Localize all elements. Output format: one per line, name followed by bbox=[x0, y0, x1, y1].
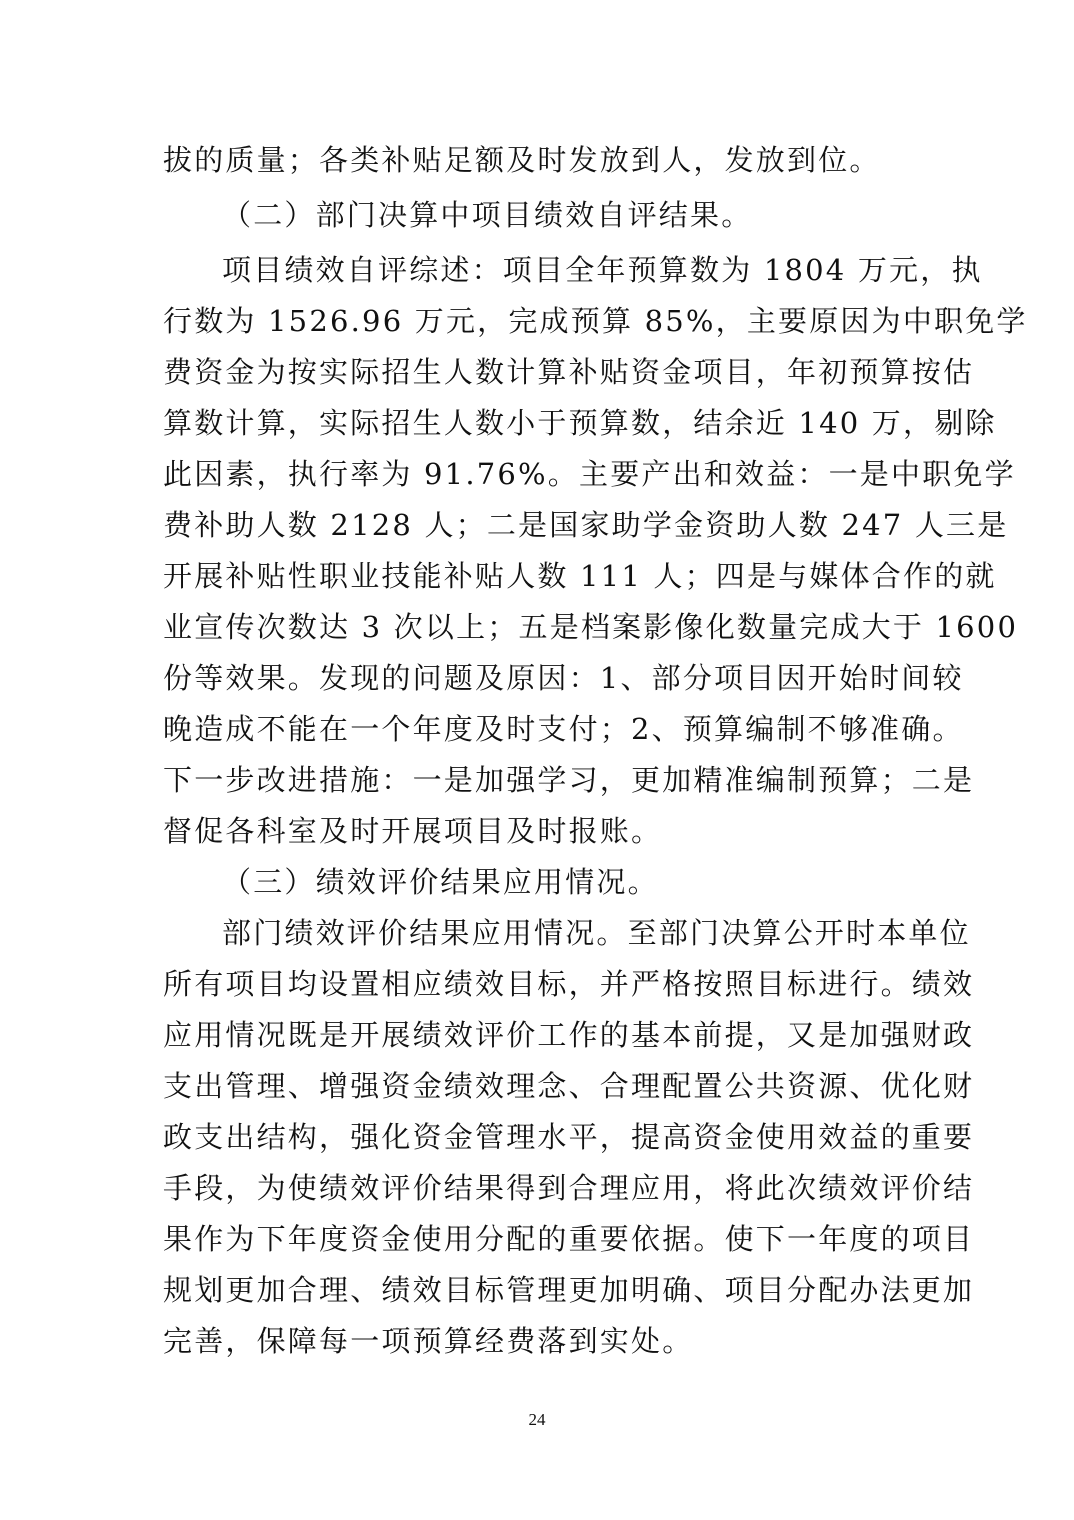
paragraph-line: 费资金为按实际招生人数计算补贴资金项目，年初预算按估 bbox=[163, 352, 913, 392]
paragraph-line: 算数计算，实际招生人数小于预算数，结余近 140 万，剔除 bbox=[163, 403, 913, 443]
paragraph-line: 规划更加合理、绩效目标管理更加明确、项目分配办法更加 bbox=[163, 1270, 913, 1310]
paragraph-line: 政支出结构，强化资金管理水平，提高资金使用效益的重要 bbox=[163, 1117, 913, 1157]
paragraph-line: 此因素，执行率为 91.76%。主要产出和效益：一是中职免学 bbox=[163, 454, 913, 494]
paragraph-line: 所有项目均设置相应绩效目标，并严格按照目标进行。绩效 bbox=[163, 964, 913, 1004]
paragraph-line: 费补助人数 2128 人；二是国家助学金资助人数 247 人三是 bbox=[163, 505, 913, 545]
section-heading-3: （三）绩效评价结果应用情况。 bbox=[222, 862, 659, 902]
paragraph-line: 部门绩效评价结果应用情况。至部门决算公开时本单位 bbox=[222, 913, 913, 953]
paragraph-line: 份等效果。发现的问题及原因：1、部分项目因开始时间较 bbox=[163, 658, 913, 698]
paragraph-line: 行数为 1526.96 万元，完成预算 85%，主要原因为中职免学 bbox=[163, 301, 913, 341]
paragraph-line: 应用情况既是开展绩效评价工作的基本前提，又是加强财政 bbox=[163, 1015, 913, 1055]
paragraph-line: 督促各科室及时开展项目及时报账。 bbox=[163, 811, 913, 851]
paragraph-line: 下一步改进措施：一是加强学习，更加精准编制预算；二是 bbox=[163, 760, 913, 800]
paragraph-line: 业宣传次数达 3 次以上；五是档案影像化数量完成大于 1600 bbox=[163, 607, 913, 647]
paragraph-line: 项目绩效自评综述：项目全年预算数为 1804 万元，执 bbox=[222, 250, 913, 290]
paragraph-line: 拔的质量；各类补贴足额及时发放到人，发放到位。 bbox=[163, 140, 913, 180]
paragraph-line: 开展补贴性职业技能补贴人数 111 人；四是与媒体合作的就 bbox=[163, 556, 913, 596]
paragraph-line: 手段，为使绩效评价结果得到合理应用，将此次绩效评价结 bbox=[163, 1168, 913, 1208]
paragraph-line: 晚造成不能在一个年度及时支付；2、预算编制不够准确。 bbox=[163, 709, 913, 749]
page-number: 24 bbox=[0, 1410, 1074, 1430]
paragraph-line: 支出管理、增强资金绩效理念、合理配置公共资源、优化财 bbox=[163, 1066, 913, 1106]
section-heading-2: （二）部门决算中项目绩效自评结果。 bbox=[222, 195, 752, 235]
paragraph-line: 完善，保障每一项预算经费落到实处。 bbox=[163, 1321, 913, 1361]
paragraph-line: 果作为下年度资金使用分配的重要依据。使下一年度的项目 bbox=[163, 1219, 913, 1259]
document-page: 拔的质量；各类补贴足额及时发放到人，发放到位。 （二）部门决算中项目绩效自评结果… bbox=[0, 0, 1074, 1520]
